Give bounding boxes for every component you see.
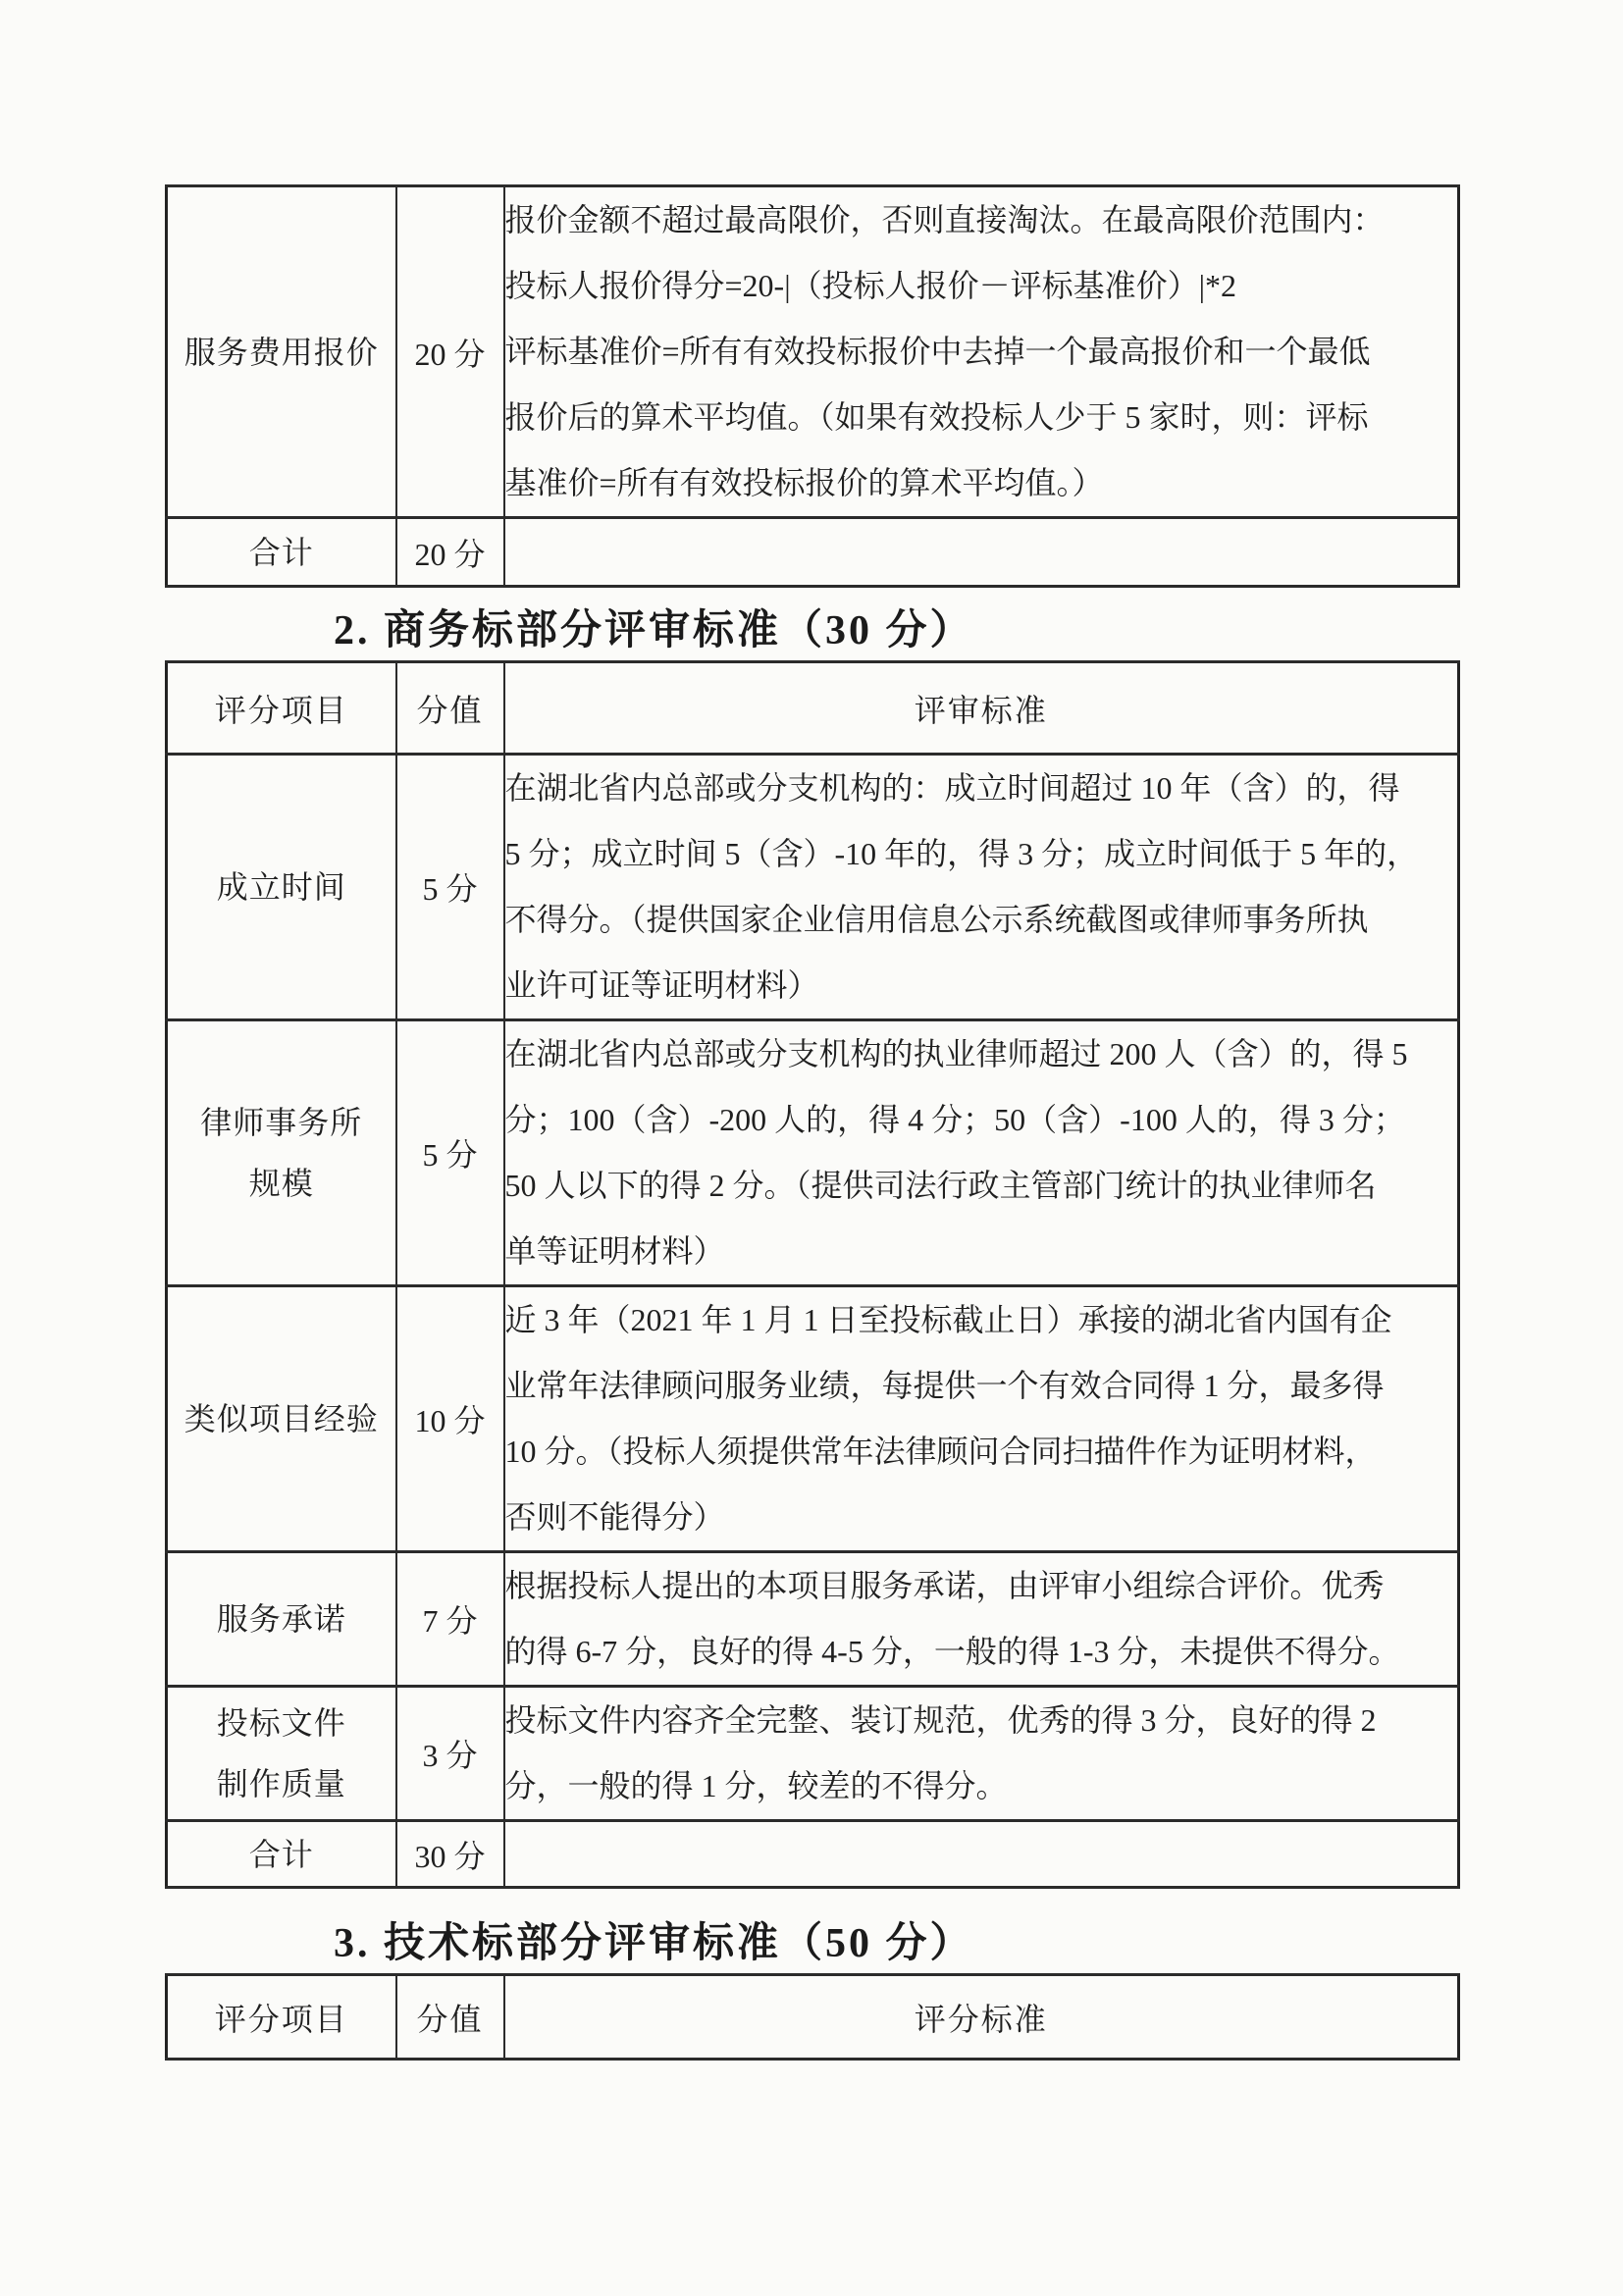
table-header-row: 评分项目 分值 评审标准: [167, 662, 1459, 755]
item-cell: 类似项目经验: [167, 1286, 396, 1552]
score-cell: 10 分: [396, 1286, 504, 1552]
header-item-cell: 评分项目: [167, 662, 396, 755]
empty-cell: [504, 518, 1459, 587]
criteria-cell: 根据投标人提出的本项目服务承诺，由评审小组综合评价。优秀 的得 6-7 分，良好…: [504, 1552, 1459, 1687]
criteria-cell: 报价金额不超过最高限价，否则直接淘汰。在最高限价范围内： 投标人报价得分=20-…: [504, 186, 1459, 518]
score-cell: 3 分: [396, 1687, 504, 1821]
technical-criteria-table: 评分项目 分值 评分标准: [165, 1973, 1460, 2061]
item-cell: 律师事务所 规模: [167, 1020, 396, 1286]
score-cell: 20 分: [396, 186, 504, 518]
item-cell: 投标文件 制作质量: [167, 1687, 396, 1821]
item-cell: 服务承诺: [167, 1552, 396, 1687]
criteria-cell: 近 3 年（2021 年 1 月 1 日至投标截止日）承接的湖北省内国有企 业常…: [504, 1286, 1459, 1552]
header-score-cell: 分值: [396, 662, 504, 755]
score-cell: 7 分: [396, 1552, 504, 1687]
header-item-cell: 评分项目: [167, 1975, 396, 2060]
total-label-cell: 合计: [167, 1821, 396, 1888]
empty-cell: [504, 1821, 1459, 1888]
price-score-table: 服务费用报价 20 分 报价金额不超过最高限价，否则直接淘汰。在最高限价范围内：…: [165, 184, 1460, 588]
score-cell: 5 分: [396, 755, 504, 1020]
score-cell: 5 分: [396, 1020, 504, 1286]
total-score-cell: 20 分: [396, 518, 504, 587]
table-row: 律师事务所 规模 5 分 在湖北省内总部或分支机构的执业律师超过 200 人（含…: [167, 1020, 1459, 1286]
total-label-cell: 合计: [167, 518, 396, 587]
table-row: 服务费用报价 20 分 报价金额不超过最高限价，否则直接淘汰。在最高限价范围内：…: [167, 186, 1459, 518]
criteria-cell: 投标文件内容齐全完整、装订规范，优秀的得 3 分，良好的得 2 分，一般的得 1…: [504, 1687, 1459, 1821]
business-criteria-table: 评分项目 分值 评审标准 成立时间 5 分 在湖北省内总部或分支机构的：成立时间…: [165, 660, 1460, 1889]
table-row: 投标文件 制作质量 3 分 投标文件内容齐全完整、装订规范，优秀的得 3 分，良…: [167, 1687, 1459, 1821]
table-row: 服务承诺 7 分 根据投标人提出的本项目服务承诺，由评审小组综合评价。优秀 的得…: [167, 1552, 1459, 1687]
table-row: 类似项目经验 10 分 近 3 年（2021 年 1 月 1 日至投标截止日）承…: [167, 1286, 1459, 1552]
header-criteria-cell: 评分标准: [504, 1975, 1459, 2060]
table-row: 成立时间 5 分 在湖北省内总部或分支机构的：成立时间超过 10 年（含）的，得…: [167, 755, 1459, 1020]
item-cell: 服务费用报价: [167, 186, 396, 518]
section-heading-technical: 3. 技术标部分评审标准（50 分）: [334, 1922, 1623, 1965]
table-header-row: 评分项目 分值 评分标准: [167, 1975, 1459, 2060]
section-heading-business: 2. 商务标部分评审标准（30 分）: [334, 609, 1623, 652]
table-total-row: 合计 30 分: [167, 1821, 1459, 1888]
header-score-cell: 分值: [396, 1975, 504, 2060]
criteria-cell: 在湖北省内总部或分支机构的：成立时间超过 10 年（含）的，得 5 分；成立时间…: [504, 755, 1459, 1020]
item-cell: 成立时间: [167, 755, 396, 1020]
document-page: 服务费用报价 20 分 报价金额不超过最高限价，否则直接淘汰。在最高限价范围内：…: [0, 0, 1623, 2296]
table-total-row: 合计 20 分: [167, 518, 1459, 587]
header-criteria-cell: 评审标准: [504, 662, 1459, 755]
criteria-cell: 在湖北省内总部或分支机构的执业律师超过 200 人（含）的，得 5 分；100（…: [504, 1020, 1459, 1286]
total-score-cell: 30 分: [396, 1821, 504, 1888]
